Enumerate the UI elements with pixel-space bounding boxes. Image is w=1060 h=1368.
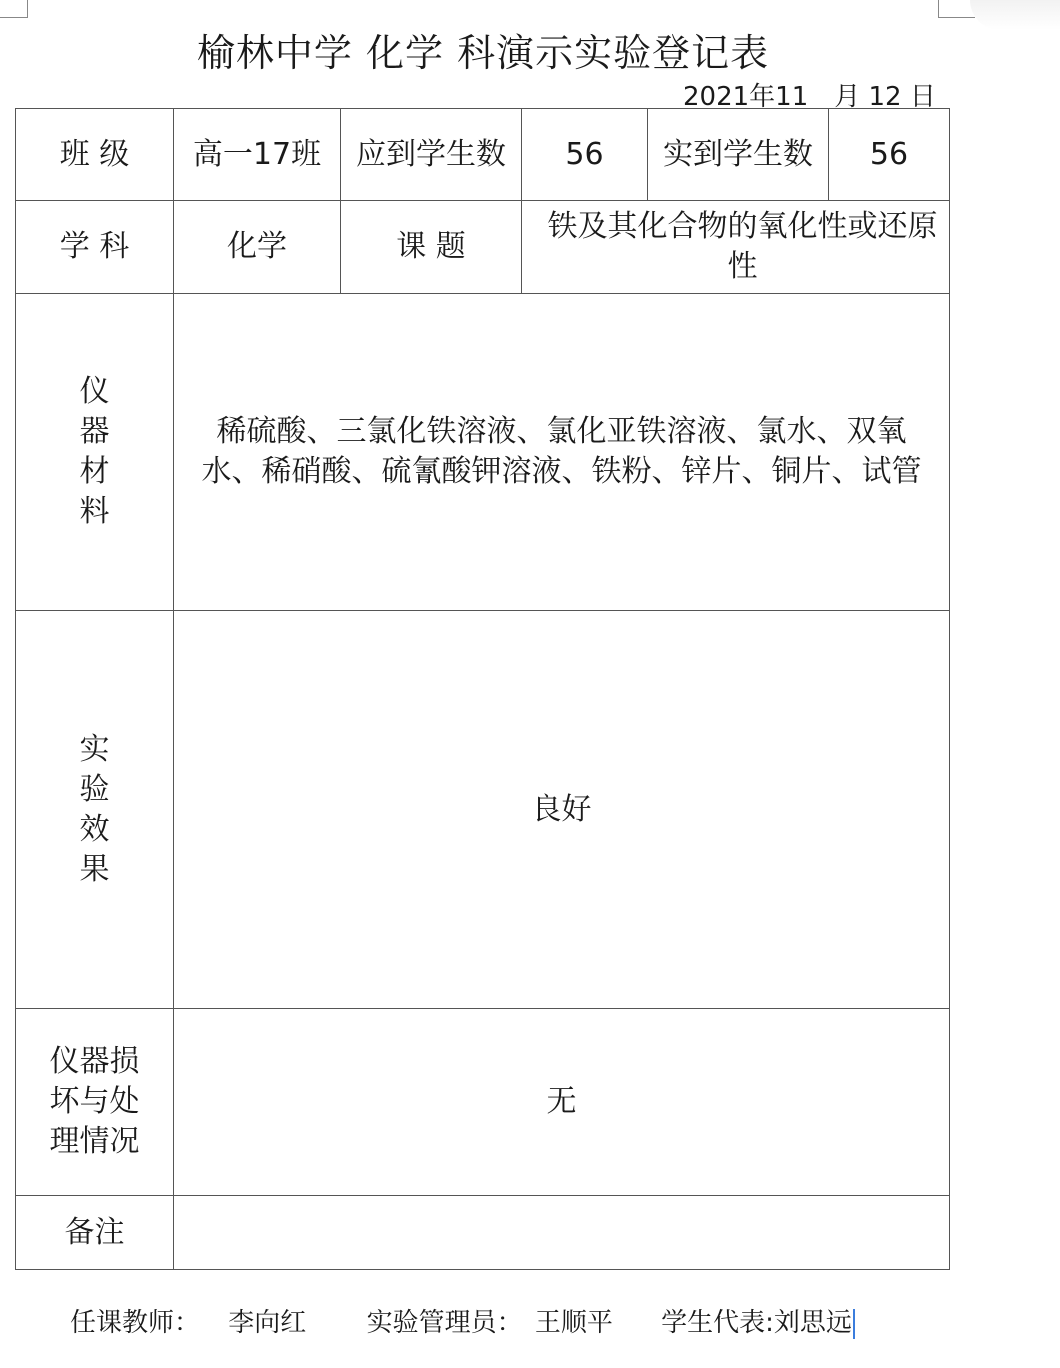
topic-value[interactable]: 铁及其化合物的氧化性或还原性 (522, 201, 950, 294)
class-label: 班 级 (16, 109, 174, 201)
expected-students-label: 应到学生数 (341, 109, 522, 201)
manager-name[interactable]: 王顺平 (535, 1302, 613, 1339)
damage-label: 仪器损坏与处理情况 (16, 1009, 174, 1196)
document-title: 榆林中学 化学 科演示实验登记表 (0, 22, 966, 77)
text-cursor (853, 1309, 855, 1339)
class-value[interactable]: 高一17班 (174, 109, 341, 201)
actual-students-value[interactable]: 56 (829, 109, 950, 201)
signature-line: 任课教师： 李向红 实验管理员： 王顺平 学生代表:刘思远 (70, 1302, 855, 1339)
row-class: 班 级 高一17班 应到学生数 56 实到学生数 56 (16, 109, 950, 201)
materials-label: 仪器材料 (16, 294, 174, 611)
student-rep[interactable]: 学生代表:刘思远 (661, 1302, 852, 1339)
row-materials: 仪器材料 稀硫酸、三氯化铁溶液、氯化亚铁溶液、氯水、双氧水、稀硝酸、硫氰酸钾溶液… (16, 294, 950, 611)
subject-label: 学 科 (16, 201, 174, 294)
page-shadow (970, 0, 1060, 30)
notes-value[interactable] (174, 1196, 950, 1270)
actual-students-label: 实到学生数 (648, 109, 829, 201)
damage-value[interactable]: 无 (174, 1009, 950, 1196)
row-notes: 备注 (16, 1196, 950, 1270)
effect-label: 实验效果 (16, 611, 174, 1009)
materials-value[interactable]: 稀硫酸、三氯化铁溶液、氯化亚铁溶液、氯水、双氧水、稀硝酸、硫氰酸钾溶液、铁粉、锌… (174, 294, 950, 611)
row-damage: 仪器损坏与处理情况 无 (16, 1009, 950, 1196)
expected-students-value[interactable]: 56 (522, 109, 648, 201)
subject-value[interactable]: 化学 (174, 201, 341, 294)
topic-label: 课 题 (341, 201, 522, 294)
row-effect: 实验效果 良好 (16, 611, 950, 1009)
row-subject: 学 科 化学 课 题 铁及其化合物的氧化性或还原性 (16, 201, 950, 294)
teacher-label: 任课教师： (70, 1302, 200, 1339)
teacher-name[interactable]: 李向红 (228, 1302, 306, 1339)
manager-label: 实验管理员： (367, 1302, 523, 1339)
effect-value[interactable]: 良好 (174, 611, 950, 1009)
registration-table: 班 级 高一17班 应到学生数 56 实到学生数 56 学 科 化学 课 题 铁… (15, 108, 950, 1270)
notes-label: 备注 (16, 1196, 174, 1270)
page-corner-mark-left (0, 0, 28, 18)
